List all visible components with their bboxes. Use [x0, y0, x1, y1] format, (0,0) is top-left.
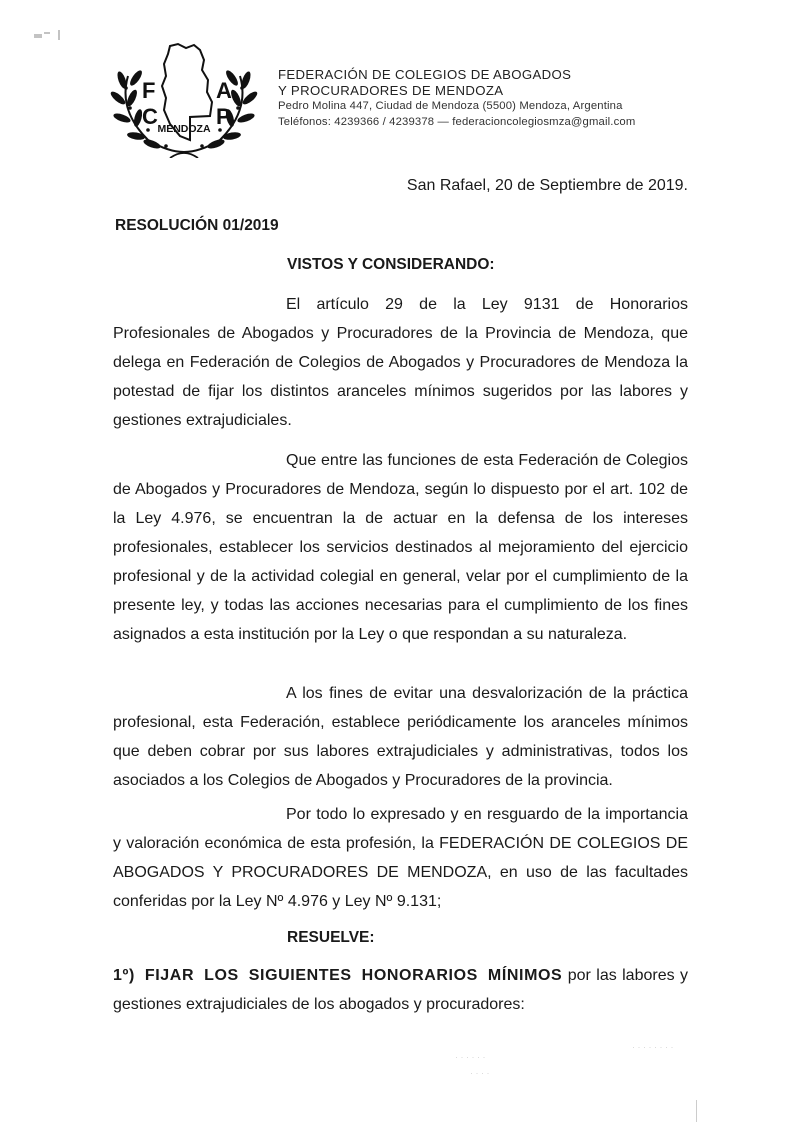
resolution-title: RESOLUCIÓN 01/2019: [115, 217, 279, 235]
svg-text:F: F: [142, 78, 155, 103]
laurel-wreath-map-icon: F A C P MENDOZA: [108, 40, 260, 158]
scan-artifact: [34, 30, 64, 42]
org-name-line1: FEDERACIÓN DE COLEGIOS DE ABOGADOS: [278, 68, 635, 81]
paragraph-2: Que entre las funciones de esta Federaci…: [113, 446, 688, 649]
federation-logo: F A C P MENDOZA: [108, 40, 260, 158]
heading-vistos: VISTOS Y CONSIDERANDO:: [287, 256, 495, 274]
heading-resuelve: RESUELVE:: [287, 929, 375, 947]
svg-text:MENDOZA: MENDOZA: [157, 123, 210, 135]
faint-stamp-text: · · · ·: [470, 1068, 490, 1078]
article-1: 1º) FIJAR LOS SIGUIENTES HONORARIOS MÍNI…: [113, 961, 688, 1019]
faint-stamp-text: · · · · · ·: [455, 1052, 486, 1062]
letterhead: FEDERACIÓN DE COLEGIOS DE ABOGADOS Y PRO…: [278, 68, 635, 128]
faint-stamp-text: · · · · · · · ·: [632, 1042, 673, 1052]
paragraph-4: Por todo lo expresado y en resguardo de …: [113, 800, 688, 916]
paragraph-1: El artículo 29 de la Ley 9131 de Honorar…: [113, 290, 688, 435]
paragraph-3: A los fines de evitar una desvalorizació…: [113, 679, 688, 795]
org-contact: Teléfonos: 4239366 / 4239378 — federacio…: [278, 117, 635, 128]
org-name-line2: Y PROCURADORES DE MENDOZA: [278, 84, 635, 97]
scan-artifact-line: [696, 1100, 697, 1122]
svg-text:C: C: [142, 104, 158, 129]
org-address: Pedro Molina 447, Ciudad de Mendoza (550…: [278, 101, 635, 112]
svg-text:A: A: [216, 78, 232, 103]
document-date: San Rafael, 20 de Septiembre de 2019.: [407, 177, 688, 195]
article-1-title: 1º) FIJAR LOS SIGUIENTES HONORARIOS MÍNI…: [113, 967, 562, 984]
